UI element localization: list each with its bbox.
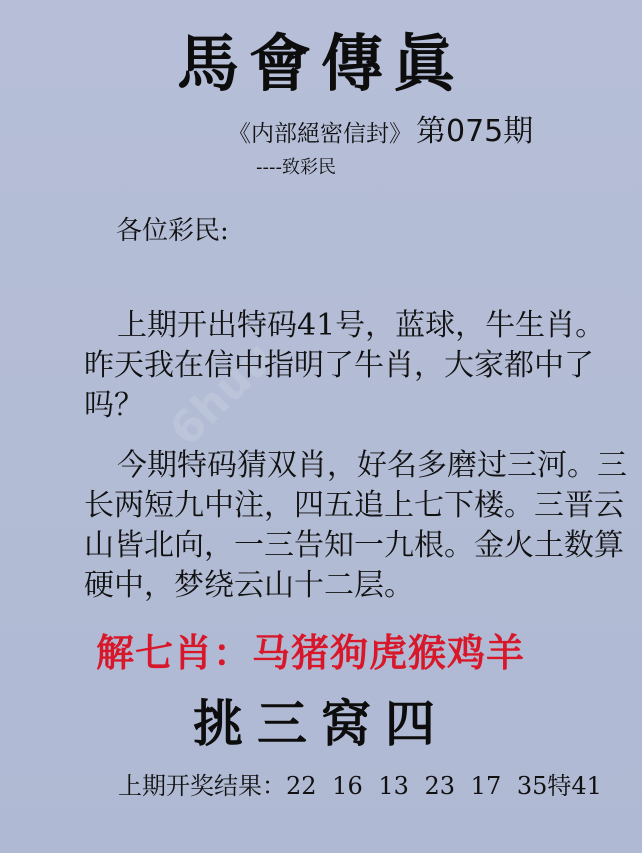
zodiac-answer: 解七肖：马猪狗虎猴鸡羊 (96, 622, 525, 677)
paragraph-riddle: 今期特码猜双肖，好名多磨过三河。三长两短九中注，四五追上七下楼。三晋云山皆北向，… (84, 446, 629, 606)
paragraph-last-issue: 上期开出特码41号，蓝球，牛生肖。昨天我在信中指明了牛肖，大家都中了吗？ (84, 306, 629, 426)
answer-zodiacs: 马猪狗虎猴鸡羊 (252, 630, 525, 675)
last-results: 上期开奖结果：22 16 13 23 17 35特41 (118, 766, 602, 801)
special-label: 特 (547, 772, 571, 800)
special-number: 41 (571, 772, 602, 800)
results-numbers: 22 16 13 23 17 35 (286, 772, 547, 800)
document-page: 6huu 馬會傳眞 《内部絕密信封》第075期 ----致彩民 各位彩民: 上期… (0, 0, 642, 853)
document-title: 馬會傳眞 (0, 28, 642, 100)
issue-number: 第075期 (416, 114, 533, 149)
subtitle-book: 《内部絕密信封》 (228, 121, 412, 147)
answer-label: 解七肖： (96, 630, 252, 675)
sign-off: ----致彩民 (256, 153, 336, 179)
subtitle: 《内部絕密信封》第075期 (228, 106, 533, 150)
greeting: 各位彩民: (116, 210, 229, 247)
results-label: 上期开奖结果： (118, 772, 286, 800)
pick-heading: 挑三窝四 (0, 684, 642, 756)
